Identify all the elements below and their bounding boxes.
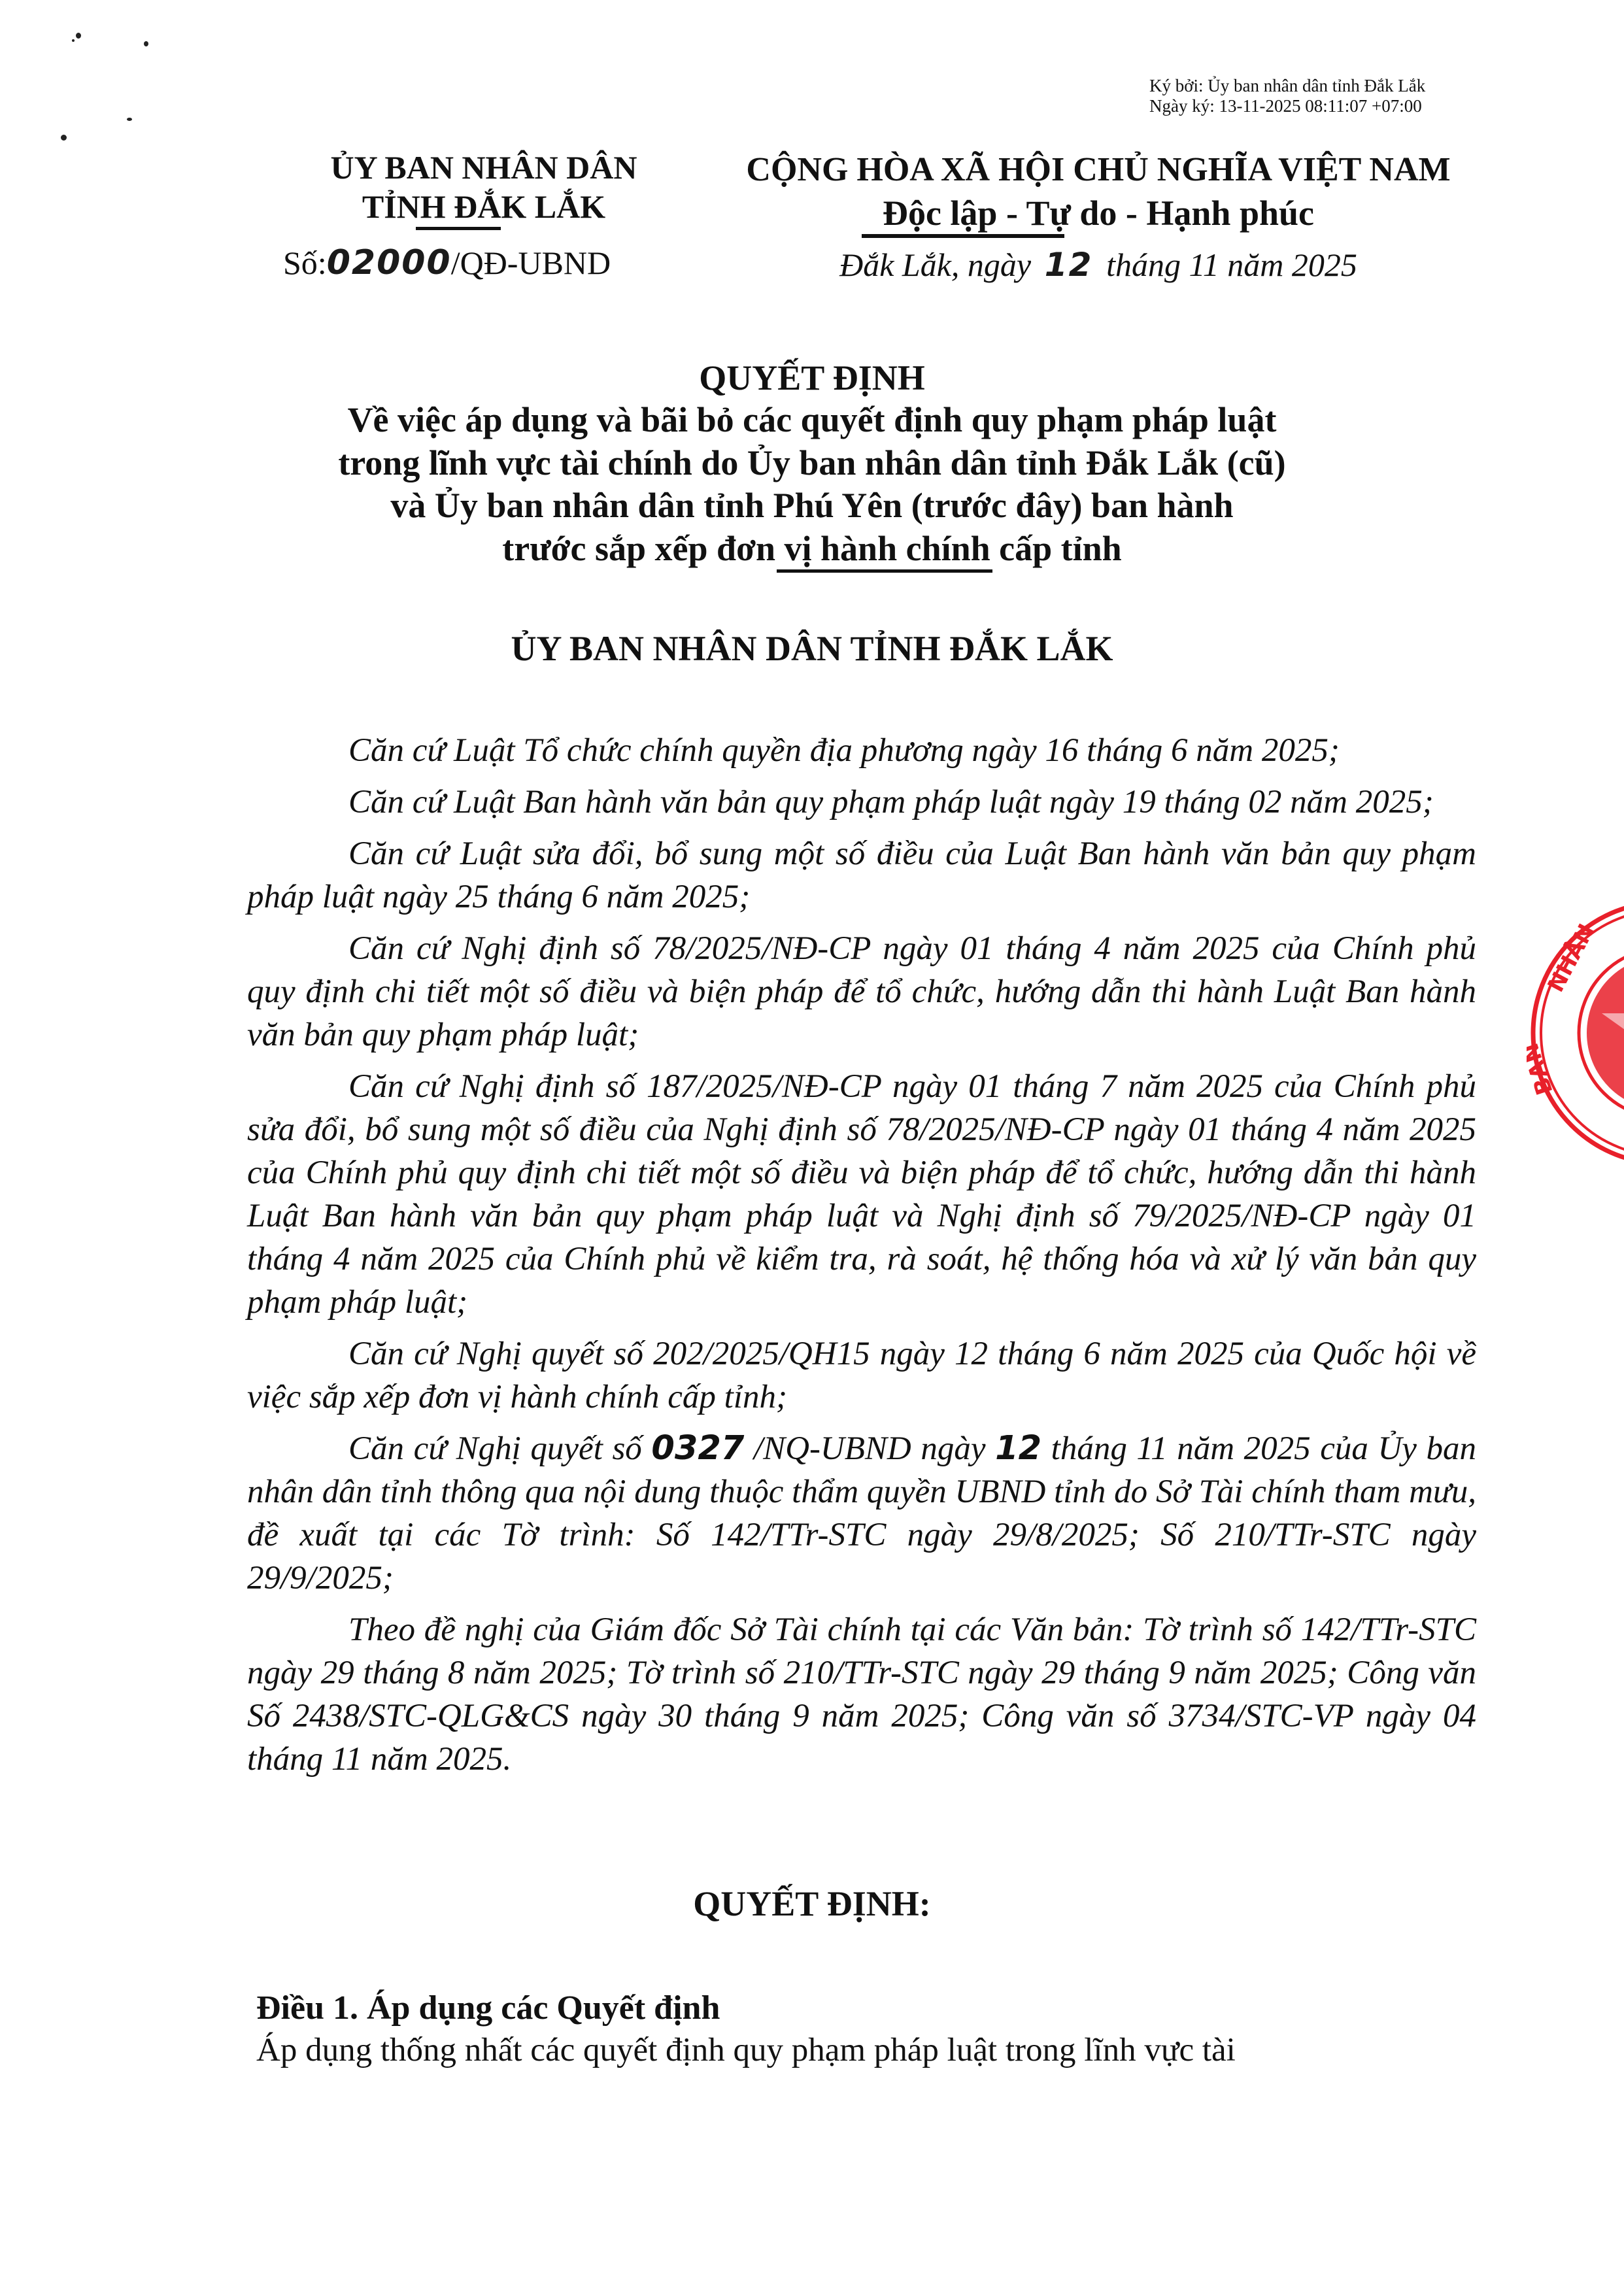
seal-text-nhan: NHÂN: [1542, 919, 1600, 996]
authority-line-1: ỦY BAN NHÂN DÂN: [268, 148, 700, 187]
subject-line: Về việc áp dụng và bãi bỏ các quyết định…: [196, 399, 1428, 442]
issue-date: Đắk Lắk, ngày 12 tháng 11 năm 2025: [706, 245, 1491, 284]
article-1-heading: Điều 1. Áp dụng các Quyết định: [256, 1987, 720, 2029]
scan-speck: [76, 33, 81, 39]
resolution-day-handwritten: 12: [995, 1429, 1041, 1468]
scan-speck: [144, 41, 148, 46]
seal-text-ban: BAN: [1527, 1039, 1559, 1098]
legal-basis: Căn cứ Nghị định số 78/2025/NĐ-CP ngày 0…: [247, 927, 1476, 1056]
subject-line: trước sắp xếp đơn vị hành chính cấp tỉnh: [196, 528, 1428, 571]
proposal-basis: Theo đề nghị của Giám đốc Sở Tài chính t…: [247, 1608, 1476, 1781]
subject-line: và Ủy ban nhân dân tỉnh Phú Yên (trước đ…: [196, 484, 1428, 528]
issuing-authority: ỦY BAN NHÂN DÂN TỈNH ĐẮK LẮK: [268, 148, 700, 226]
legal-basis: Căn cứ Luật Tổ chức chính quyền địa phươ…: [247, 729, 1476, 772]
scan-speck: [127, 118, 132, 121]
number-label: Số:: [283, 245, 327, 281]
number-handwritten: 02000: [327, 243, 451, 282]
legal-basis: Căn cứ Luật Ban hành văn bản quy phạm ph…: [247, 781, 1476, 824]
signed-at: Ngày ký: 13-11-2025 08:11:07 +07:00: [1149, 96, 1425, 116]
official-seal-icon: NHÂN BAN: [1527, 896, 1624, 1170]
subject-underline: [777, 569, 992, 573]
decision-heading: QUYẾT ĐỊNH:: [196, 1883, 1428, 1925]
resolution-prefix: Căn cứ Nghị quyết số: [348, 1430, 651, 1467]
authority-line-2: TỈNH ĐẮK LẮK: [268, 187, 700, 226]
legal-basis: Căn cứ Luật sửa đổi, bổ sung một số điều…: [247, 832, 1476, 919]
date-prefix: Đắk Lắk, ngày: [839, 246, 1031, 283]
national-motto: Độc lập - Tự do - Hạnh phúc: [706, 193, 1491, 233]
national-title: CỘNG HÒA XÃ HỘI CHỦ NGHĨA VIỆT NAM: [706, 150, 1491, 190]
legal-basis: Căn cứ Nghị quyết số 202/2025/QH15 ngày …: [247, 1332, 1476, 1419]
date-suffix: tháng 11 năm 2025: [1106, 246, 1357, 283]
authority-underline: [416, 227, 501, 230]
resolution-number-handwritten: 0327: [651, 1429, 744, 1468]
article-1-text: Áp dụng thống nhất các quyết định quy ph…: [256, 2029, 1472, 2071]
subject-line: trong lĩnh vực tài chính do Ủy ban nhân …: [196, 442, 1428, 485]
document-number: Số:02000/QĐ-UBND: [283, 243, 611, 282]
number-suffix: /QĐ-UBND: [451, 245, 611, 281]
motto-underline: [862, 234, 1064, 238]
scan-speck: [72, 39, 75, 42]
date-day-handwritten: 12: [1040, 245, 1098, 284]
resolution-middle: /NQ-UBND ngày: [744, 1430, 995, 1467]
signed-by: Ký bởi: Ủy ban nhân dân tỉnh Đắk Lắk: [1149, 76, 1425, 96]
scan-speck: [61, 135, 67, 141]
digital-signature: Ký bởi: Ủy ban nhân dân tỉnh Đắk Lắk Ngà…: [1149, 76, 1425, 116]
legal-basis-resolution: Căn cứ Nghị quyết số 0327 /NQ-UBND ngày …: [247, 1427, 1476, 1600]
document-type: QUYẾT ĐỊNH: [196, 357, 1428, 399]
document-subject: Về việc áp dụng và bãi bỏ các quyết định…: [196, 399, 1428, 570]
legal-basis: Căn cứ Nghị định số 187/2025/NĐ-CP ngày …: [247, 1065, 1476, 1324]
legal-bases: Căn cứ Luật Tổ chức chính quyền địa phươ…: [247, 729, 1476, 1789]
decision-authority: ỦY BAN NHÂN DÂN TỈNH ĐẮK LẮK: [196, 628, 1428, 669]
